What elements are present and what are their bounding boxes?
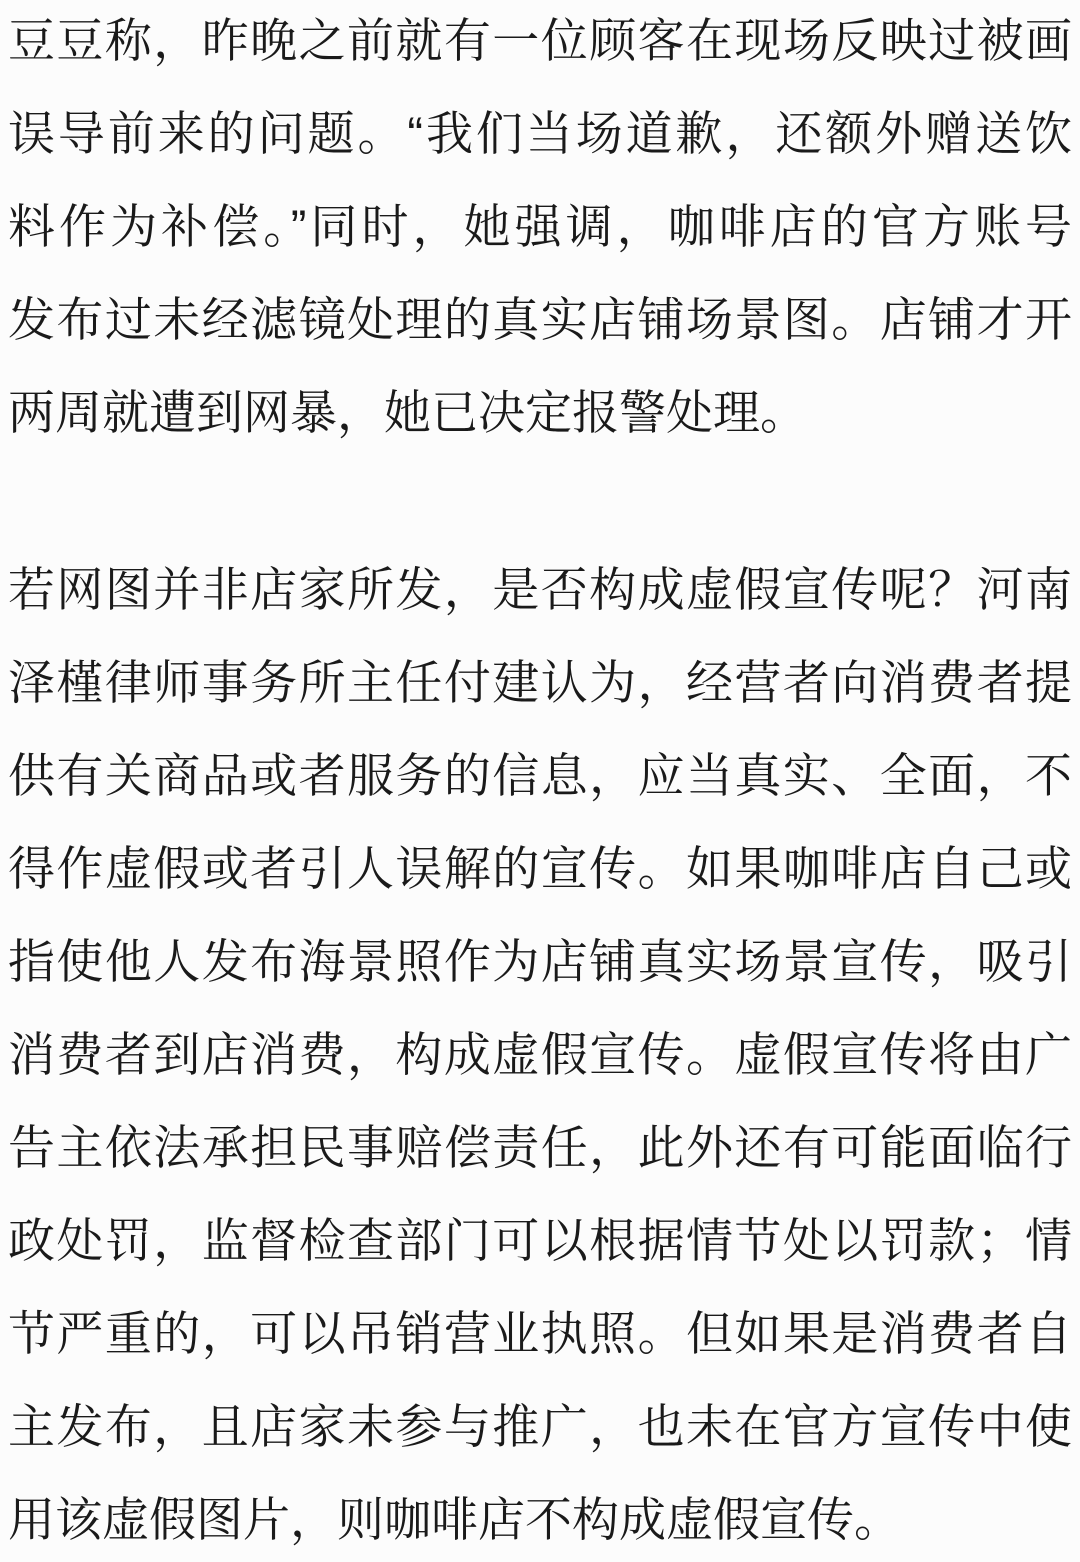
text-line: 供有关商品或者服务的信息，应当真实、全面，不: [8, 729, 1072, 822]
text-line: 告主依法承担民事赔偿责任，此外还有可能面临行: [8, 1101, 1072, 1194]
text-line: 豆豆称，昨晚之前就有一位顾客在现场反映过被画: [8, 0, 1072, 87]
text-line: 节严重的，可以吊销营业执照。但如果是消费者自: [8, 1287, 1072, 1380]
article-page: 豆豆称，昨晚之前就有一位顾客在现场反映过被画 误导前来的问题。“我们当场道歉，还…: [0, 0, 1080, 1562]
text-line: 泽槿律师事务所主任付建认为，经营者向消费者提: [8, 636, 1072, 729]
article-body: 豆豆称，昨晚之前就有一位顾客在现场反映过被画 误导前来的问题。“我们当场道歉，还…: [0, 0, 1080, 1562]
paragraph: 豆豆称，昨晚之前就有一位顾客在现场反映过被画 误导前来的问题。“我们当场道歉，还…: [8, 0, 1072, 459]
text-line: 若网图并非店家所发，是否构成虚假宣传呢？河南: [8, 543, 1072, 636]
text-line: 政处罚，监督检查部门可以根据情节处以罚款；情: [8, 1194, 1072, 1287]
text-line: 用该虚假图片，则咖啡店不构成虚假宣传。: [8, 1473, 1072, 1562]
paragraph: 若网图并非店家所发，是否构成虚假宣传呢？河南 泽槿律师事务所主任付建认为，经营者…: [8, 543, 1072, 1562]
text-line: 发布过未经滤镜处理的真实店铺场景图。店铺才开: [8, 273, 1072, 366]
text-line: 消费者到店消费，构成虚假宣传。虚假宣传将由广: [8, 1008, 1072, 1101]
text-line: 料作为补偿。”同时，她强调，咖啡店的官方账号: [8, 180, 1072, 273]
text-line: 两周就遭到网暴，她已决定报警处理。: [8, 366, 1072, 459]
text-line: 误导前来的问题。“我们当场道歉，还额外赠送饮: [8, 87, 1072, 180]
text-line: 主发布，且店家未参与推广，也未在官方宣传中使: [8, 1380, 1072, 1473]
text-line: 指使他人发布海景照作为店铺真实场景宣传，吸引: [8, 915, 1072, 1008]
text-line: 得作虚假或者引人误解的宣传。如果咖啡店自己或: [8, 822, 1072, 915]
